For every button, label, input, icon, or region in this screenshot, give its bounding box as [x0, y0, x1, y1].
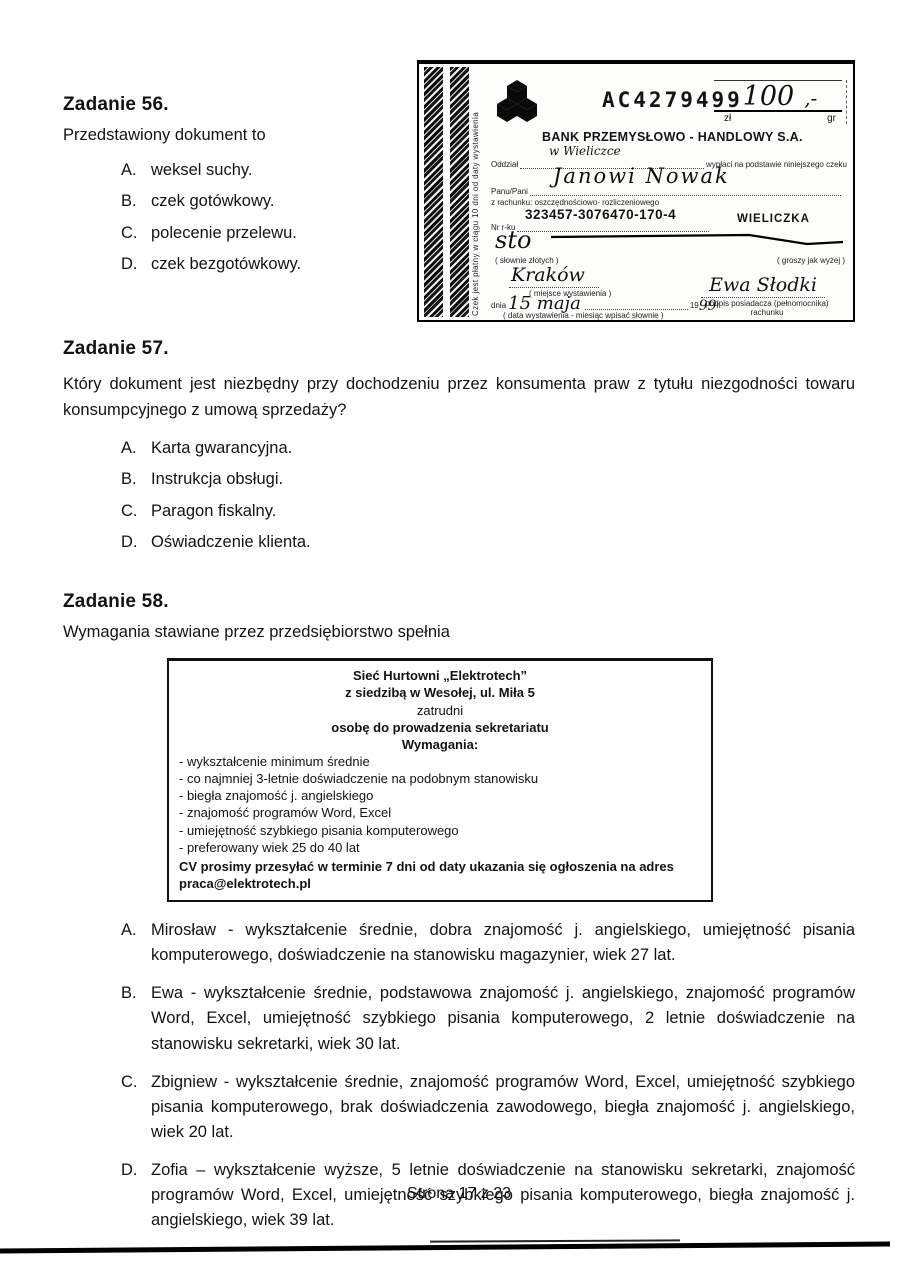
- date-prefix: dnia: [491, 301, 506, 310]
- ad-position: osobę do prowadzenia sekretariatu: [179, 719, 701, 736]
- option-text: polecenie przelewu.: [151, 222, 351, 244]
- task58-option-c: C. Zbigniew - wykształcenie średnie, zna…: [121, 1070, 855, 1145]
- ad-requirement: - co najmniej 3-letnie doświadczenie na …: [179, 770, 701, 787]
- task57-option-a: A. Karta gwarancyjna.: [121, 437, 855, 459]
- ad-requirement: - preferowany wiek 25 do 40 lat: [179, 839, 701, 856]
- option-text: weksel suchy.: [151, 159, 351, 181]
- payee-line: Panu/Pani: [491, 186, 843, 196]
- option-letter: A.: [121, 918, 151, 968]
- bank-name: BANK PRZEMYSŁOWO - HANDLOWY S.A.: [542, 130, 803, 144]
- cheque-amount-box: 100 ,- zł gr: [714, 80, 847, 124]
- ad-requirement: - umiejętność szybkiego pisania komputer…: [179, 822, 701, 839]
- option-letter: B.: [121, 468, 151, 490]
- account-number: 323457-3076470-170-4: [525, 207, 676, 222]
- account-type: z rachunku: oszczędnościowo- rozliczenio…: [491, 198, 659, 207]
- task56-title: Zadanie 56.: [63, 94, 351, 116]
- option-letter: C.: [121, 500, 151, 522]
- task56-option-a: A. weksel suchy.: [121, 159, 351, 181]
- ad-requirement: - znajomość programów Word, Excel: [179, 804, 701, 821]
- option-letter: A.: [121, 159, 151, 181]
- date-handwritten: 15 maja: [508, 298, 581, 310]
- option-text: czek bezgotówkowy.: [151, 253, 351, 275]
- dotted-fill: [530, 186, 841, 196]
- guilloche-band: [450, 67, 469, 317]
- option-letter: A.: [121, 437, 151, 459]
- ad-requirement: - biegła znajomość j. angielskiego: [179, 787, 701, 804]
- task57-section: Zadanie 57. Który dokument jest niezbędn…: [63, 338, 855, 553]
- task57-options: A. Karta gwarancyjna. B. Instrukcja obsł…: [121, 437, 855, 553]
- task56-intro: Przedstawiony dokument to: [63, 126, 351, 145]
- ad-hires-line: zatrudni: [179, 702, 701, 719]
- ad-requirements-heading: Wymagania:: [179, 736, 701, 753]
- task57-option-b: B. Instrukcja obsługi.: [121, 468, 855, 490]
- task57-question: Który dokument jest niezbędny przy docho…: [63, 372, 855, 423]
- task56-section: Zadanie 56. Przedstawiony dokument to A.…: [63, 60, 855, 322]
- ad-company-name: Sieć Hurtowni „Elektrotech”: [179, 667, 701, 684]
- option-text: Karta gwarancyjna.: [151, 437, 855, 459]
- signature-labels: podpis posiadacza (pełnomocnika) rachunk…: [687, 299, 847, 317]
- task58-option-a: A. Mirosław - wykształcenie średnie, dob…: [121, 918, 855, 968]
- amount-words-handwritten: sto: [495, 226, 531, 254]
- task57-title: Zadanie 57.: [63, 338, 855, 360]
- option-text: czek gotówkowy.: [151, 190, 351, 212]
- task56-option-d: D. czek bezgotówkowy.: [121, 253, 351, 275]
- amount-groszy-handwritten: ,-: [804, 86, 817, 110]
- amount-handwritten: 100: [743, 84, 795, 110]
- place-handwritten: Kraków: [509, 264, 599, 288]
- task56-text-column: Zadanie 56. Przedstawiony dokument to A.…: [63, 60, 351, 284]
- amount-words-strike-line: [549, 232, 845, 253]
- option-text: Instrukcja obsługi.: [151, 468, 855, 490]
- currency-zl-label: zł: [724, 113, 731, 124]
- city-stamp: WIELICZKA: [737, 213, 810, 225]
- option-letter: D.: [121, 531, 151, 553]
- option-text: Zbigniew - wykształcenie średnie, znajom…: [151, 1070, 855, 1145]
- page-number: Strona 17 z 23: [0, 1185, 918, 1203]
- option-letter: C.: [121, 222, 151, 244]
- guilloche-band: [424, 67, 443, 317]
- signature-handwritten: Ewa Słodki: [701, 274, 825, 298]
- option-letter: D.: [121, 253, 151, 275]
- dotted-fill: [517, 222, 709, 232]
- option-text: Paragon fiskalny.: [151, 500, 855, 522]
- branch-label: Oddział: [491, 160, 518, 169]
- task56-option-b: B. czek gotówkowy.: [121, 190, 351, 212]
- groszy-label: ( groszy jak wyżej ): [777, 256, 845, 265]
- payee-handwritten: Janowi Nowak: [553, 164, 730, 188]
- signature-label-1: podpis posiadacza (pełnomocnika): [687, 299, 847, 308]
- payee-label: Panu/Pani: [491, 187, 528, 196]
- option-letter: B.: [121, 190, 151, 212]
- cheque-side-note: Czek jest płatny w ciągu 10 dni od daty …: [471, 72, 484, 316]
- option-letter: C.: [121, 1070, 151, 1145]
- cheque-main-area: AC4279499 100 ,- zł gr BANK PRZEMYSŁOWO …: [487, 64, 853, 320]
- task58-title: Zadanie 58.: [63, 591, 855, 613]
- scan-artifact-line: [430, 1239, 680, 1242]
- branch-handwritten: w Wieliczce: [549, 144, 621, 158]
- option-text: Mirosław - wykształcenie średnie, dobra …: [151, 918, 855, 968]
- task57-option-d: D. Oświadczenie klienta.: [121, 531, 855, 553]
- amount-digits: 100 ,-: [714, 84, 842, 112]
- task57-option-c: C. Paragon fiskalny.: [121, 500, 855, 522]
- task56-option-c: C. polecenie przelewu.: [121, 222, 351, 244]
- scan-artifact-bar: [0, 1241, 890, 1253]
- ad-requirement: - wykształcenie minimum średnie: [179, 753, 701, 770]
- ad-cv-note: CV prosimy przesyłać w terminie 7 dni od…: [179, 858, 701, 892]
- exam-page: Zadanie 56. Przedstawiony dokument to A.…: [0, 0, 918, 1263]
- ad-company-address: z siedzibą w Wesołej, ul. Miła 5: [179, 684, 701, 701]
- currency-gr-label: gr: [827, 113, 836, 124]
- page-content: Zadanie 56. Przedstawiony dokument to A.…: [0, 60, 918, 1233]
- date-label: ( data wystawienia - miesiąc wpisać słow…: [503, 311, 664, 320]
- signature-label-2: rachunku: [687, 308, 847, 317]
- job-advertisement: Sieć Hurtowni „Elektrotech” z siedzibą w…: [167, 658, 713, 902]
- dotted-fill: [585, 300, 688, 310]
- task56-options: A. weksel suchy. B. czek gotówkowy. C. p…: [121, 159, 351, 275]
- task58-intro: Wymagania stawiane przez przedsiębiorstw…: [63, 623, 855, 642]
- cheque-document: Czek jest płatny w ciągu 10 dni od daty …: [417, 60, 855, 322]
- task58-option-b: B. Ewa - wykształcenie średnie, podstawo…: [121, 981, 855, 1056]
- bank-logo-icon: [497, 80, 537, 133]
- option-text: Ewa - wykształcenie średnie, podstawowa …: [151, 981, 855, 1056]
- task58-section: Zadanie 58. Wymagania stawiane przez prz…: [63, 591, 855, 1233]
- option-letter: B.: [121, 981, 151, 1056]
- currency-labels: zł gr: [714, 112, 842, 124]
- option-text: Oświadczenie klienta.: [151, 531, 855, 553]
